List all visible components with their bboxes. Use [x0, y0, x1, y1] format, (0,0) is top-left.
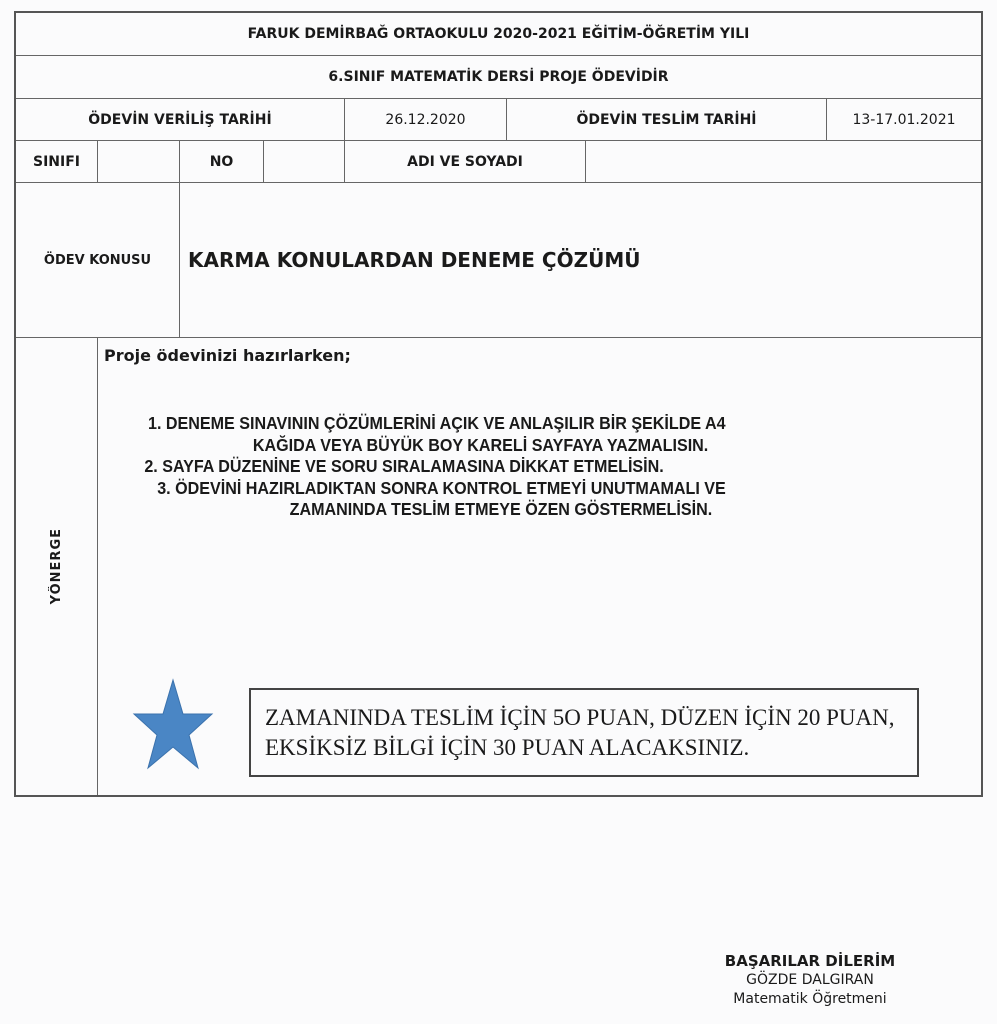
- number-field[interactable]: [264, 141, 345, 183]
- number-label: NO: [180, 141, 264, 183]
- school-title: FARUK DEMİRBAĞ ORTAOKULU 2020-2021 EĞİTİ…: [16, 13, 981, 56]
- signature-block: BAŞARILAR DİLERİM GÖZDE DALGIRAN Matemat…: [690, 952, 930, 1009]
- instructions-list: 1. DENEME SINAVININ ÇÖZÜMLERİNİ AÇIK VE …: [148, 413, 939, 521]
- given-date-value: 26.12.2020: [345, 99, 507, 141]
- given-date-label: ÖDEVİN VERİLİŞ TARİHİ: [16, 99, 345, 141]
- name-label: ADI VE SOYADI: [345, 141, 586, 183]
- due-date-label: ÖDEVİN TESLİM TARİHİ: [507, 99, 827, 141]
- list-item-1-line-2: KAĞIDA VEYA BÜYÜK BOY KARELİ SAYFAYA YAZ…: [148, 435, 939, 457]
- subject-title: 6.SINIF MATEMATİK DERSİ PROJE ÖDEVİDİR: [16, 56, 981, 99]
- teacher-title: Matematik Öğretmeni: [690, 990, 930, 1009]
- due-date-value: 13-17.01.2021: [827, 99, 981, 141]
- name-field[interactable]: [586, 141, 981, 183]
- topic-label: ÖDEV KONUSU: [16, 183, 180, 338]
- class-label: SINIFI: [16, 141, 98, 183]
- signature-wish: BAŞARILAR DİLERİM: [690, 952, 930, 971]
- instructions-label-cell: YÖNERGE: [16, 338, 98, 795]
- instructions-label: YÖNERGE: [49, 528, 64, 604]
- scoring-note: ZAMANINDA TESLİM İÇİN 5O PUAN, DÜZEN İÇİ…: [249, 688, 919, 777]
- instructions-intro: Proje ödevinizi hazırlarken;: [104, 346, 351, 365]
- list-item-1-line-1: 1. DENEME SINAVININ ÇÖZÜMLERİNİ AÇIK VE …: [148, 413, 939, 435]
- teacher-name: GÖZDE DALGIRAN: [690, 971, 930, 990]
- list-item-3-line-1: 3. ÖDEVİNİ HAZIRLADIKTAN SONRA KONTROL E…: [148, 478, 939, 500]
- class-field[interactable]: [98, 141, 180, 183]
- topic-value: KARMA KONULARDAN DENEME ÇÖZÜMÜ: [180, 183, 981, 338]
- list-item-2: 2. SAYFA DÜZENİNE VE SORU SIRALAMASINA D…: [144, 456, 939, 478]
- list-item-3-line-2: ZAMANINDA TESLİM ETMEYE ÖZEN GÖSTERMELİS…: [148, 499, 939, 521]
- star-icon: [132, 678, 214, 770]
